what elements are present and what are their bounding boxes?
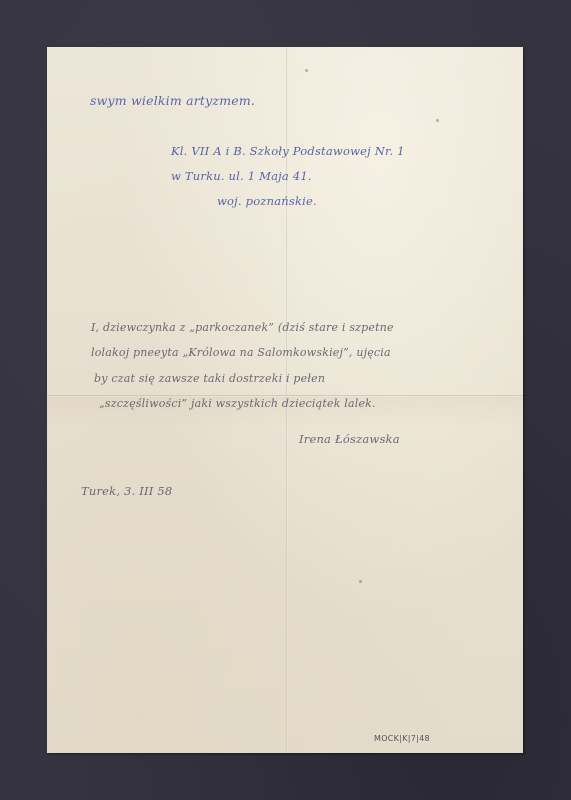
header-line: swym wielkim artyzmem. bbox=[90, 93, 255, 108]
archive-signature-mark: MOCK|K|7|48 bbox=[374, 734, 430, 743]
address-line-1: Kl. VII A i B. Szkoły Podstawowej Nr. 1 bbox=[171, 144, 405, 158]
body-line-3: by czat się zawsze taki dostrzeki i pełe… bbox=[94, 372, 325, 385]
body-line-1: I, dziewczynka z „parkoczanek” (dziś sta… bbox=[91, 321, 394, 334]
paper-speck bbox=[436, 119, 439, 122]
body-line-2: lolakoj pneeyta „Królowa na Salomkowskie… bbox=[91, 346, 391, 359]
body-line-4: „szczęśliwości” jaki wszystkich dzieciąt… bbox=[99, 397, 376, 410]
address-line-3: woj. poznańskie. bbox=[217, 194, 317, 208]
address-line-2: w Turku. ul. 1 Maja 41. bbox=[171, 169, 312, 183]
letter-page: swym wielkim artyzmem. Kl. VII A i B. Sz… bbox=[47, 47, 523, 753]
place-and-date: Turek, 3. III 58 bbox=[81, 484, 172, 498]
paper-speck bbox=[359, 580, 362, 583]
paper-speck bbox=[305, 69, 308, 72]
signature: Irena Łószawska bbox=[299, 432, 400, 446]
